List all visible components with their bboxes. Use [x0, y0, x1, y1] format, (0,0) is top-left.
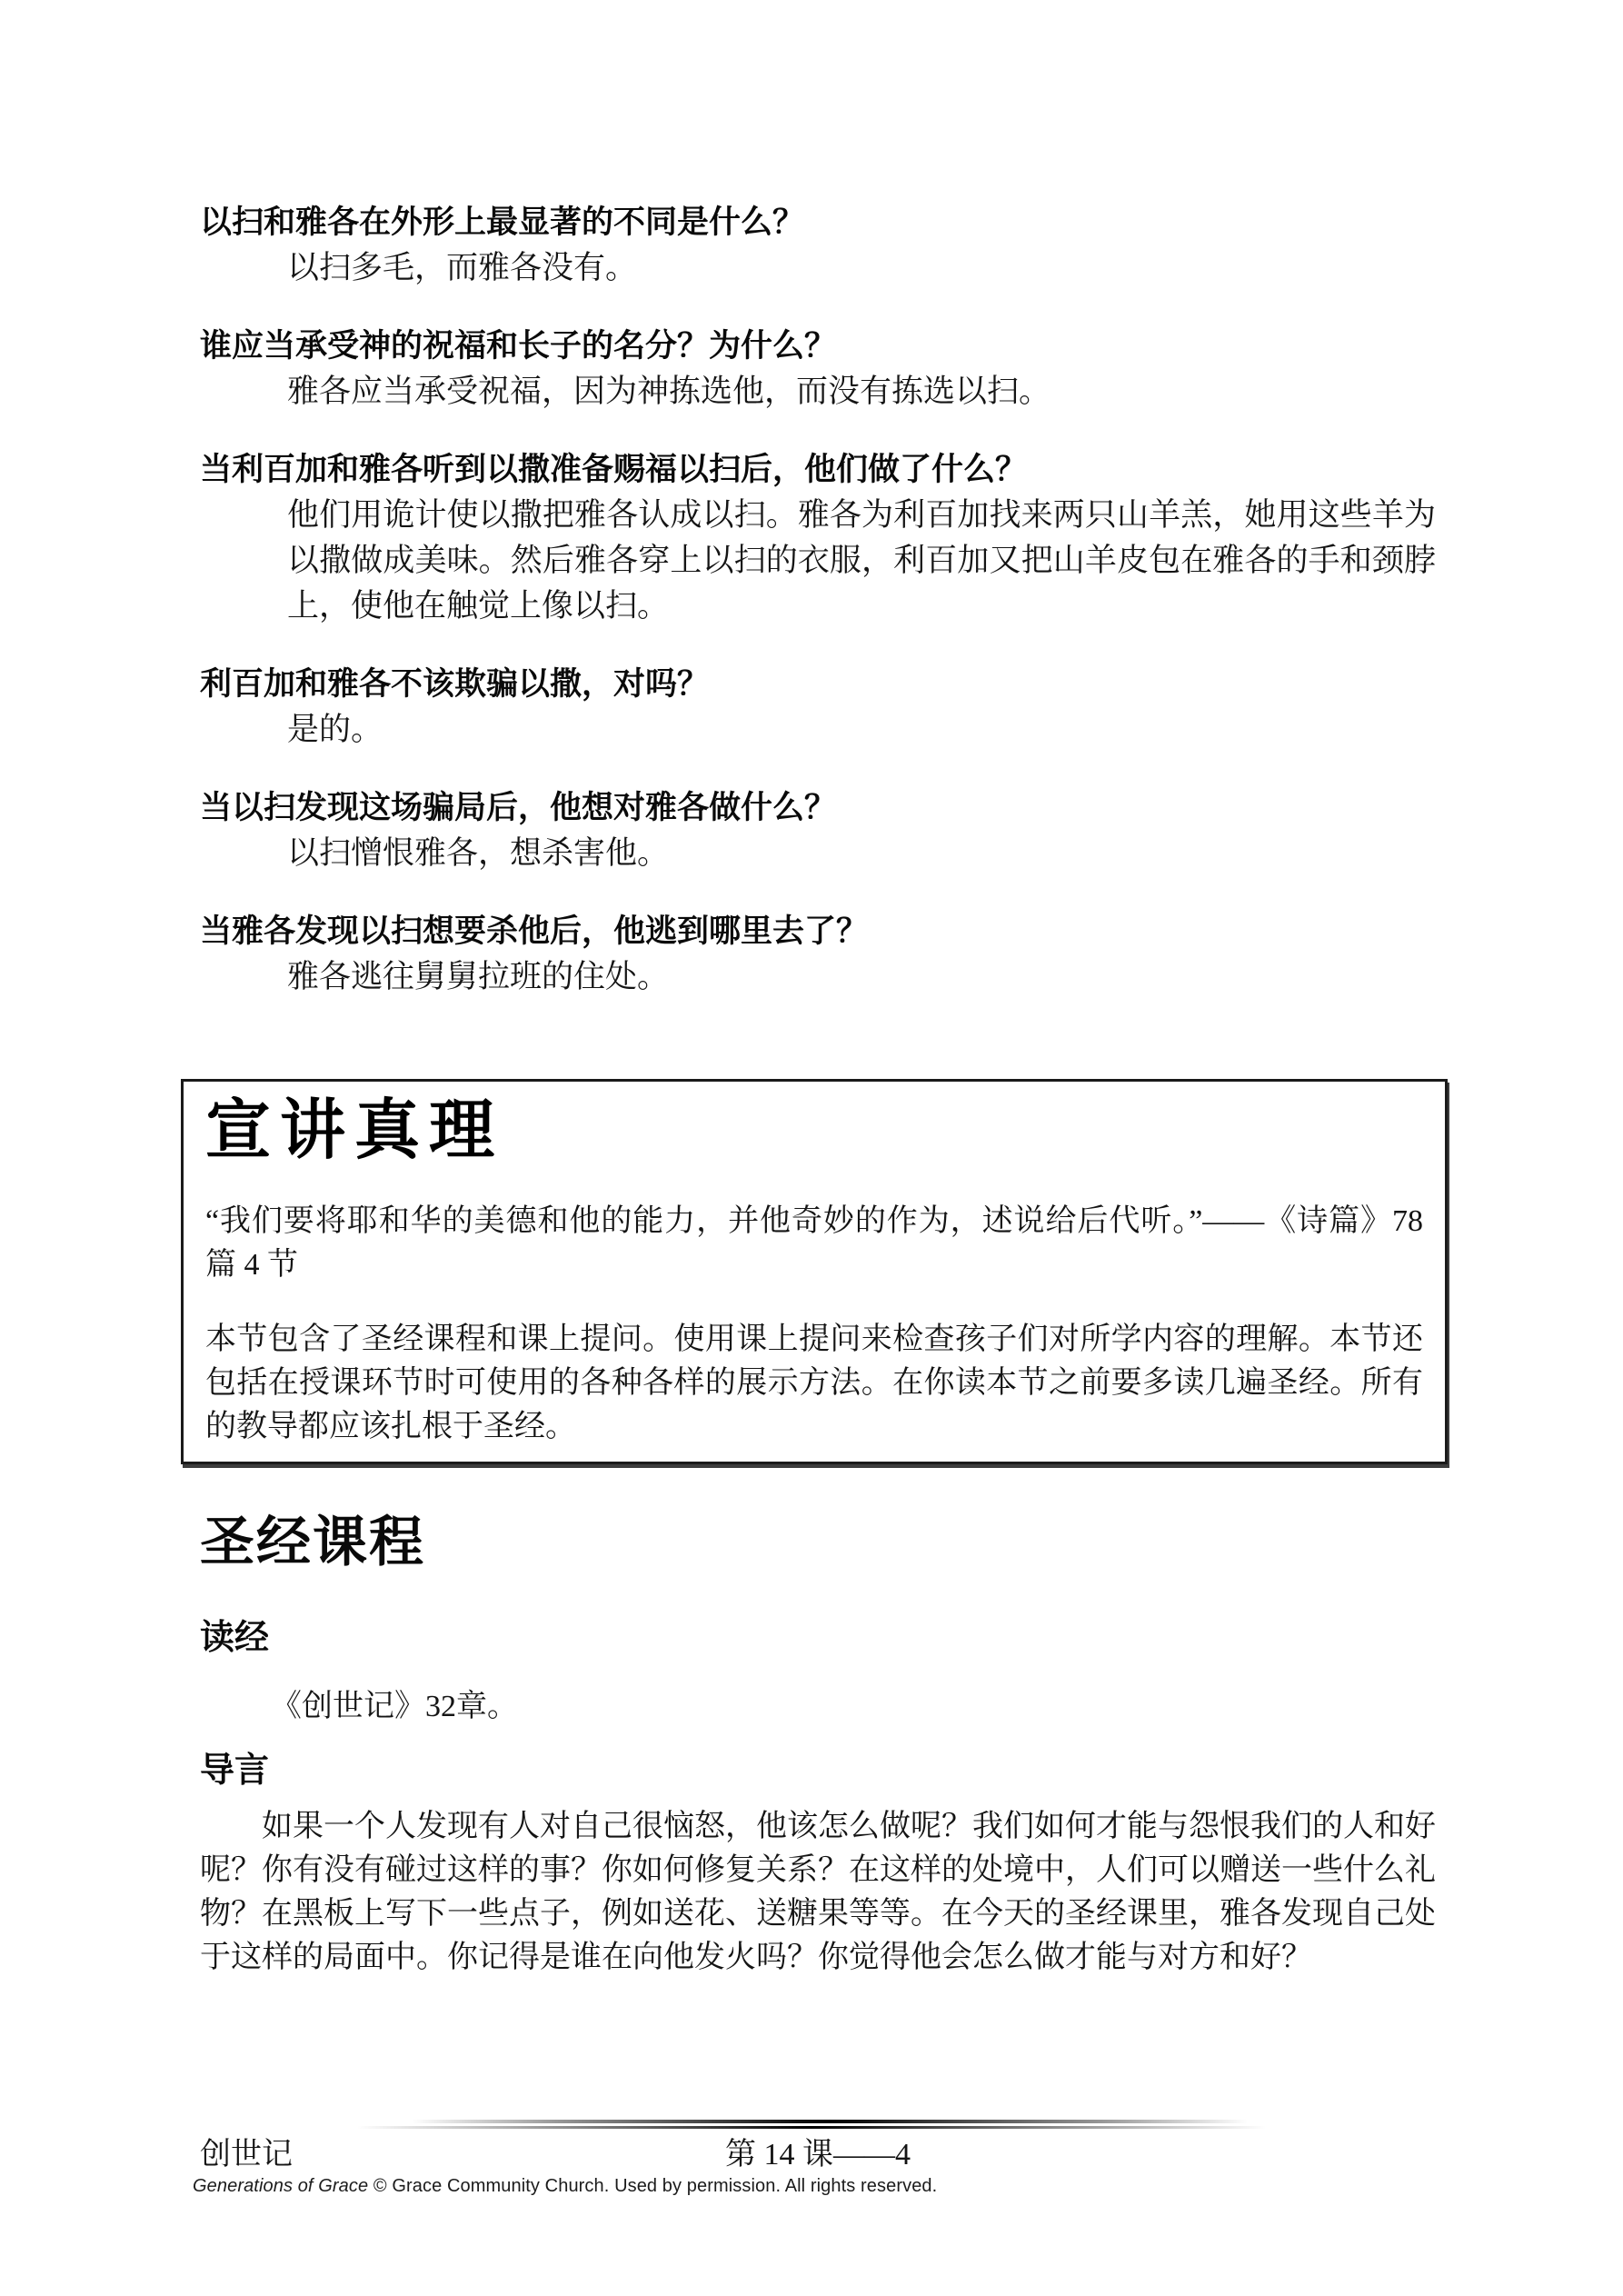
qa-section: 以扫和雅各在外形上最显著的不同是什么？ 以扫多毛，而雅各没有。 谁应当承受神的祝…: [200, 200, 1436, 1033]
qa-question: 谁应当承受神的祝福和长子的名分？为什么？: [200, 324, 1436, 369]
reading-text: 《创世记》32章。: [200, 1687, 1436, 1727]
qa-block: 谁应当承受神的祝福和长子的名分？为什么？ 雅各应当承受祝福，因为神拣选他，而没有…: [200, 324, 1436, 414]
qa-answer: 雅各应当承受祝福，因为神拣选他，而没有拣选以扫。: [200, 369, 1436, 414]
truth-box: 宣讲真理 “我们要将耶和华的美德和他的能力，并他奇妙的作为，述说给后代听。”——…: [181, 1079, 1448, 1464]
footer-rule-bar: [412, 2120, 1248, 2123]
qa-question: 当以扫发现这场骗局后，他想对雅各做什么？: [200, 785, 1436, 831]
qa-answer: 他们用诡计使以撒把雅各认成以扫。雅各为利百加找来两只山羊羔，她用这些羊为以撒做成…: [200, 493, 1436, 629]
qa-block: 当雅各发现以扫想要杀他后，他逃到哪里去了？ 雅各逃往舅舅拉班的住处。: [200, 909, 1436, 1000]
reading-heading: 读经: [200, 1616, 269, 1660]
qa-question: 以扫和雅各在外形上最显著的不同是什么？: [200, 200, 1436, 245]
copyright-series-name: Generations of Grace: [193, 2176, 368, 2196]
qa-block: 利百加和雅各不该欺骗以撒，对吗？ 是的。: [200, 662, 1436, 753]
qa-question: 利百加和雅各不该欺骗以撒，对吗？: [200, 662, 1436, 707]
qa-block: 当以扫发现这场骗局后，他想对雅各做什么？ 以扫憎恨雅各，想杀害他。: [200, 785, 1436, 876]
footer-page-number: 第 14 课——4: [200, 2136, 1436, 2174]
qa-answer: 以扫憎恨雅各，想杀害他。: [200, 831, 1436, 876]
qa-answer: 是的。: [200, 707, 1436, 753]
qa-answer: 雅各逃往舅舅拉班的住处。: [200, 954, 1436, 1000]
footer-copyright: Generations of Grace © Grace Community C…: [193, 2174, 937, 2198]
document-page: 以扫和雅各在外形上最显著的不同是什么？ 以扫多毛，而雅各没有。 谁应当承受神的祝…: [0, 0, 1623, 2296]
lesson-section-title: 圣经课程: [200, 1511, 425, 1574]
footer-rule-bar: [357, 2126, 1266, 2129]
intro-heading: 导言: [200, 1749, 269, 1792]
qa-question: 当利百加和雅各听到以撒准备赐福以扫后，他们做了什么？: [200, 447, 1436, 493]
truth-box-title: 宣讲真理: [205, 1094, 1423, 1167]
truth-box-body: 本节包含了圣经课程和课上提问。使用课上提问来检查孩子们对所学内容的理解。本节还包…: [205, 1318, 1423, 1449]
truth-box-quote: “我们要将耶和华的美德和他的能力，并他奇妙的作为，述说给后代听。”——《诗篇》7…: [205, 1200, 1423, 1287]
qa-block: 当利百加和雅各听到以撒准备赐福以扫后，他们做了什么？ 他们用诡计使以撒把雅各认成…: [200, 447, 1436, 629]
qa-answer: 以扫多毛，而雅各没有。: [200, 245, 1436, 291]
copyright-text: © Grace Community Church. Used by permis…: [368, 2176, 937, 2196]
footer-decorative-rule: [357, 2118, 1266, 2131]
qa-question: 当雅各发现以扫想要杀他后，他逃到哪里去了？: [200, 909, 1436, 954]
intro-text: 如果一个人发现有人对自己很恼怒，他该怎么做呢？我们如何才能与怨恨我们的人和好呢？…: [200, 1805, 1436, 1980]
qa-block: 以扫和雅各在外形上最显著的不同是什么？ 以扫多毛，而雅各没有。: [200, 200, 1436, 291]
